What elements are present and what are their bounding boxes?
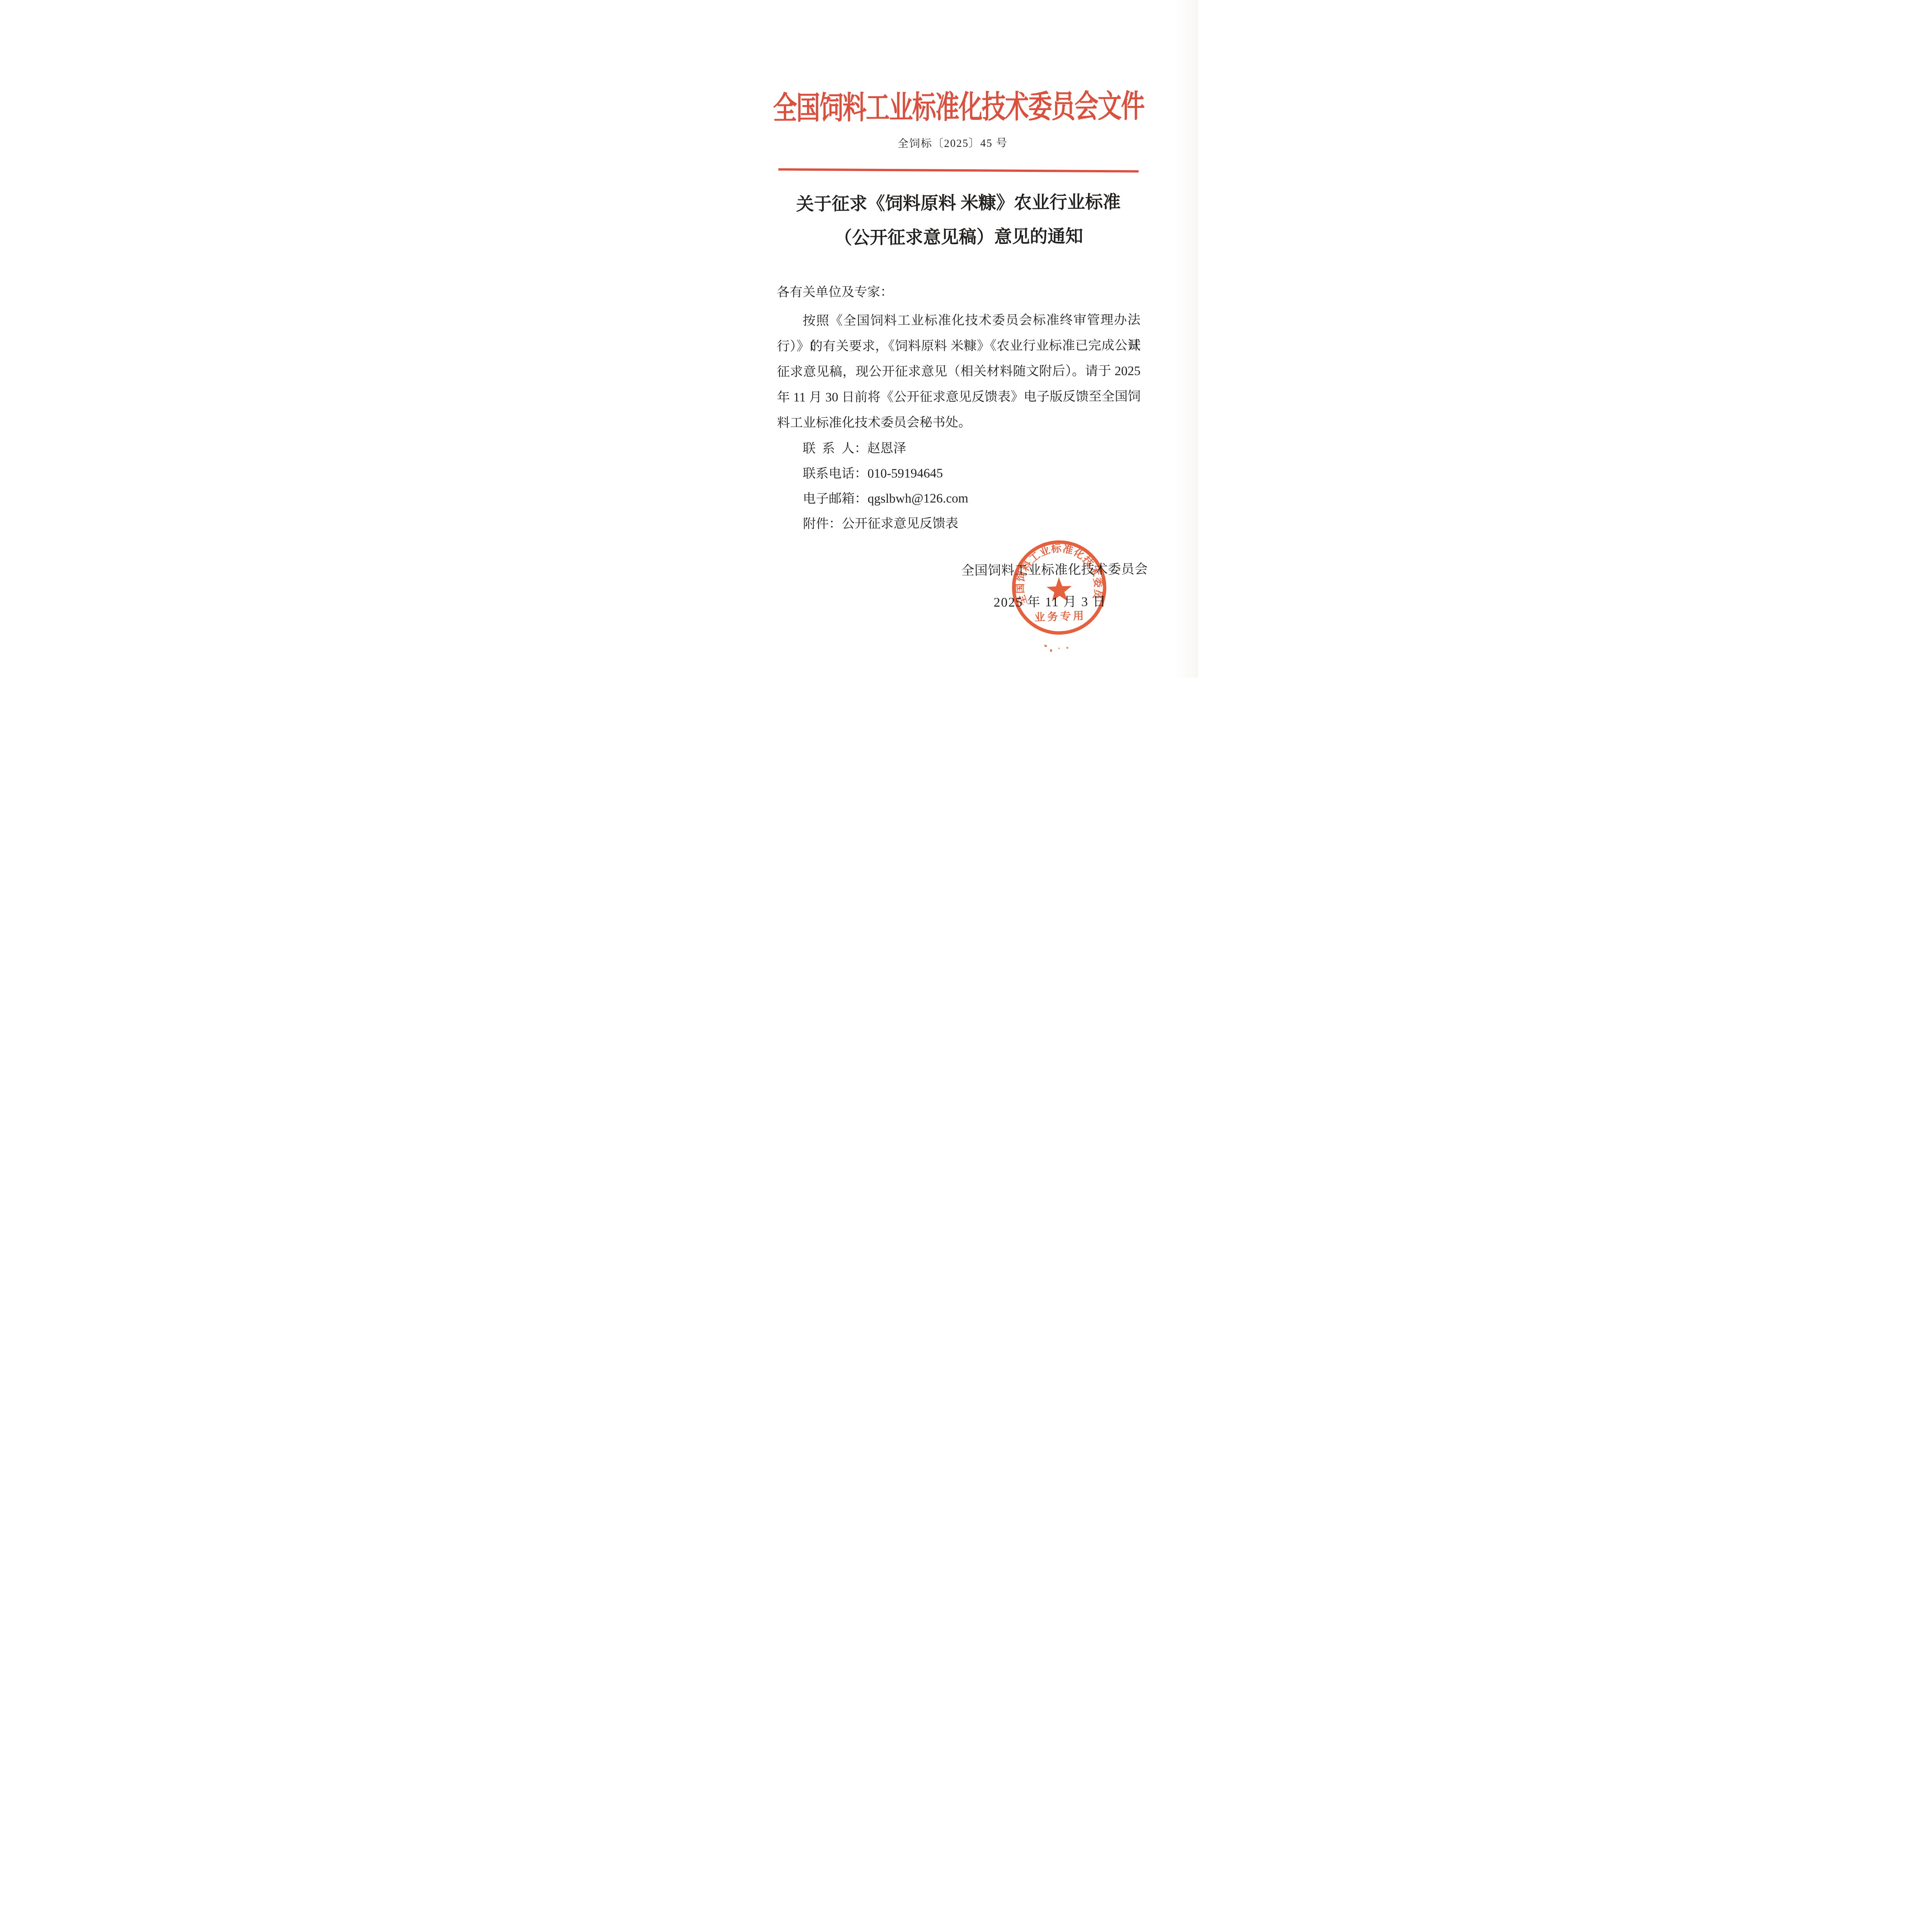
stamp-graphic: 全国饲料工业标准化技术委员会 业务专用 bbox=[1010, 539, 1108, 636]
official-stamp: 全国饲料工业标准化技术委员会 业务专用 bbox=[1010, 539, 1108, 636]
document-number: 全饲标〔2025〕45 号 bbox=[719, 136, 1192, 152]
body-line-5: 料工业标准化技术委员会秘书处。 bbox=[777, 410, 1141, 436]
stray-ink-dot bbox=[1066, 647, 1068, 649]
contact-person-line: 联 系 人：赵恩泽 bbox=[803, 435, 968, 461]
notice-title: 关于征求《饲料原料 米糠》农业行业标准 （公开征求意见稿）意见的通知 bbox=[719, 185, 1198, 256]
contact-info: 联 系 人：赵恩泽 联系电话：010-59194645 电子邮箱：qgslbwh… bbox=[803, 435, 969, 536]
attachment-line: 附件：公开征求意见反馈表 bbox=[803, 511, 968, 536]
stray-ink-dot bbox=[1044, 645, 1047, 648]
contact-phone-line: 联系电话：010-59194645 bbox=[803, 461, 968, 486]
red-divider-line bbox=[778, 168, 1139, 172]
star-icon bbox=[1046, 577, 1072, 602]
stamp-bottom-text: 业务专用 bbox=[1034, 609, 1086, 623]
document-page: 全国饲料工业标准化技术委员会文件 全饲标〔2025〕45 号 关于征求《饲料原料… bbox=[719, 0, 1198, 678]
body-line-2: 行）》的有关要求，《饲料原料 米糠》《农业行业标准已完成公开 bbox=[777, 333, 1141, 359]
body-line-4: 年 11 月 30 日前将《公开征求意见反馈表》电子版反馈至全国饲 bbox=[777, 384, 1141, 410]
body-line-3: 征求意见稿，现公开征求意见（相关材料随文附后）。请于 2025 bbox=[777, 359, 1141, 385]
agency-header-title: 全国饲料工业标准化技术委员会文件 bbox=[719, 90, 1198, 125]
notice-title-line1: 关于征求《饲料原料 米糠》农业行业标准 bbox=[719, 185, 1198, 222]
notice-body: 各有关单位及专家： 按照《全国饲料工业标准化技术委员会标准终审管理办法（试 行）… bbox=[776, 279, 1141, 436]
stray-ink-dot bbox=[1050, 649, 1052, 652]
body-line-1: 按照《全国饲料工业标准化技术委员会标准终审管理办法（试 bbox=[777, 308, 1141, 334]
stamp-ring-text: 全国饲料工业标准化技术委员会 bbox=[1013, 541, 1105, 607]
contact-email-line: 电子邮箱：qgslbwh@126.com bbox=[803, 486, 968, 511]
notice-title-line2: （公开征求意见稿）意见的通知 bbox=[719, 219, 1198, 256]
salutation: 各有关单位及专家： bbox=[776, 279, 1140, 305]
stray-ink-dot bbox=[1058, 648, 1060, 649]
